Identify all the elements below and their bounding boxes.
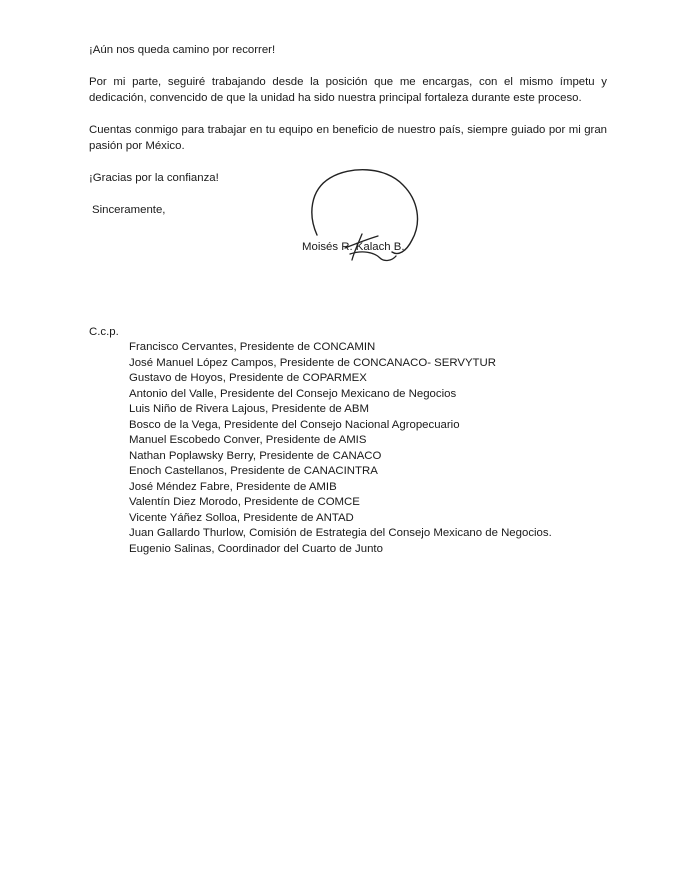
ccp-recipient: Valentín Diez Morodo, Presidente de COMC… xyxy=(129,495,552,511)
ccp-recipient: Francisco Cervantes, Presidente de CONCA… xyxy=(129,340,552,356)
ccp-label: C.c.p. xyxy=(89,324,119,340)
ccp-recipient: Vicente Yáñez Solloa, Presidente de ANTA… xyxy=(129,511,552,527)
ccp-recipient: Luis Niño de Rivera Lajous, Presidente d… xyxy=(129,402,552,418)
ccp-recipient: Antonio del Valle, Presidente del Consej… xyxy=(129,387,552,403)
paragraph-support: Cuentas conmigo para trabajar en tu equi… xyxy=(89,122,607,154)
ccp-recipient: José Manuel López Campos, Presidente de … xyxy=(129,356,552,372)
paragraph-commitment: Por mi parte, seguiré trabajando desde l… xyxy=(89,74,607,106)
ccp-recipient: Eugenio Salinas, Coordinador del Cuarto … xyxy=(129,542,552,558)
ccp-recipient: Gustavo de Hoyos, Presidente de COPARMEX xyxy=(129,371,552,387)
signatory-name: Moisés R. Kalach B. xyxy=(302,239,405,255)
ccp-recipient: Manuel Escobedo Conver, Presidente de AM… xyxy=(129,433,552,449)
ccp-recipient-list: Francisco Cervantes, Presidente de CONCA… xyxy=(129,340,552,557)
ccp-recipient: Nathan Poplawsky Berry, Presidente de CA… xyxy=(129,449,552,465)
letter-page: ¡Aún nos queda camino por recorrer! Por … xyxy=(0,0,693,877)
ccp-recipient: Enoch Castellanos, Presidente de CANACIN… xyxy=(129,464,552,480)
ccp-recipient: Bosco de la Vega, Presidente del Consejo… xyxy=(129,418,552,434)
ccp-recipient: Juan Gallardo Thurlow, Comisión de Estra… xyxy=(129,526,552,542)
paragraph-closing-exclamation: ¡Aún nos queda camino por recorrer! xyxy=(89,42,607,58)
ccp-recipient: José Méndez Fabre, Presidente de AMIB xyxy=(129,480,552,496)
